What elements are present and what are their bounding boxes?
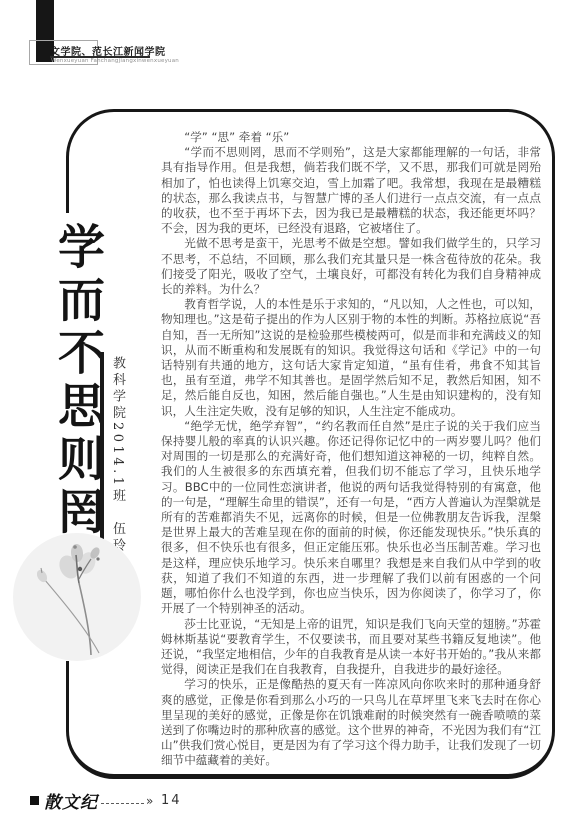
article-paragraph: “绝学无忧，绝学弃智”，“约名教而任自然”是庄子说的关于我们应当保持婴儿般的率真…	[161, 419, 541, 617]
article-heading: “学” “思” 牵着 “乐”	[161, 130, 541, 145]
article-body: “学” “思” 牵着 “乐” “学而不思则罔，思而不学则殆”，这是大家都能理解的…	[161, 130, 541, 769]
footer-section-label: 散文纪	[44, 788, 98, 813]
article-paragraph: 学习的快乐，正是像酷热的夏天有一阵凉风向你吹来时的那种通身舒爽的感觉，正像是你看…	[161, 677, 541, 768]
flower-medallion	[13, 533, 141, 661]
flower-sketch-illustration	[13, 533, 141, 661]
footer-dashed-leader	[101, 803, 144, 804]
footer-arrow-glyph: »	[146, 794, 153, 808]
article-paragraph: 光做不思考是蛮干，光思考不做是空想。譬如我们做学生的，只学习不思考，不总结，不回…	[161, 236, 541, 297]
header-subtitle-pinyin: Wenxueyuan Fanchangjiangxinwenxueyuan	[51, 58, 191, 64]
article-paragraph: 教育哲学说，人的本性是乐于求知的，“凡以知，人之性也，可以知，物知理也。”这是荀…	[161, 297, 541, 419]
footer-page-number: 14	[161, 793, 182, 808]
footer-bullet-square	[30, 796, 39, 805]
article-paragraph: 莎士比亚说，“无知是上帝的诅咒，知识是我们飞向天堂的翅膀。”苏霍姆林斯基说“要教…	[161, 617, 541, 678]
article-paragraph: “学而不思则罔，思而不学则殆”，这是大家都能理解的一句话，非常具有指导作用。但是…	[161, 145, 541, 236]
